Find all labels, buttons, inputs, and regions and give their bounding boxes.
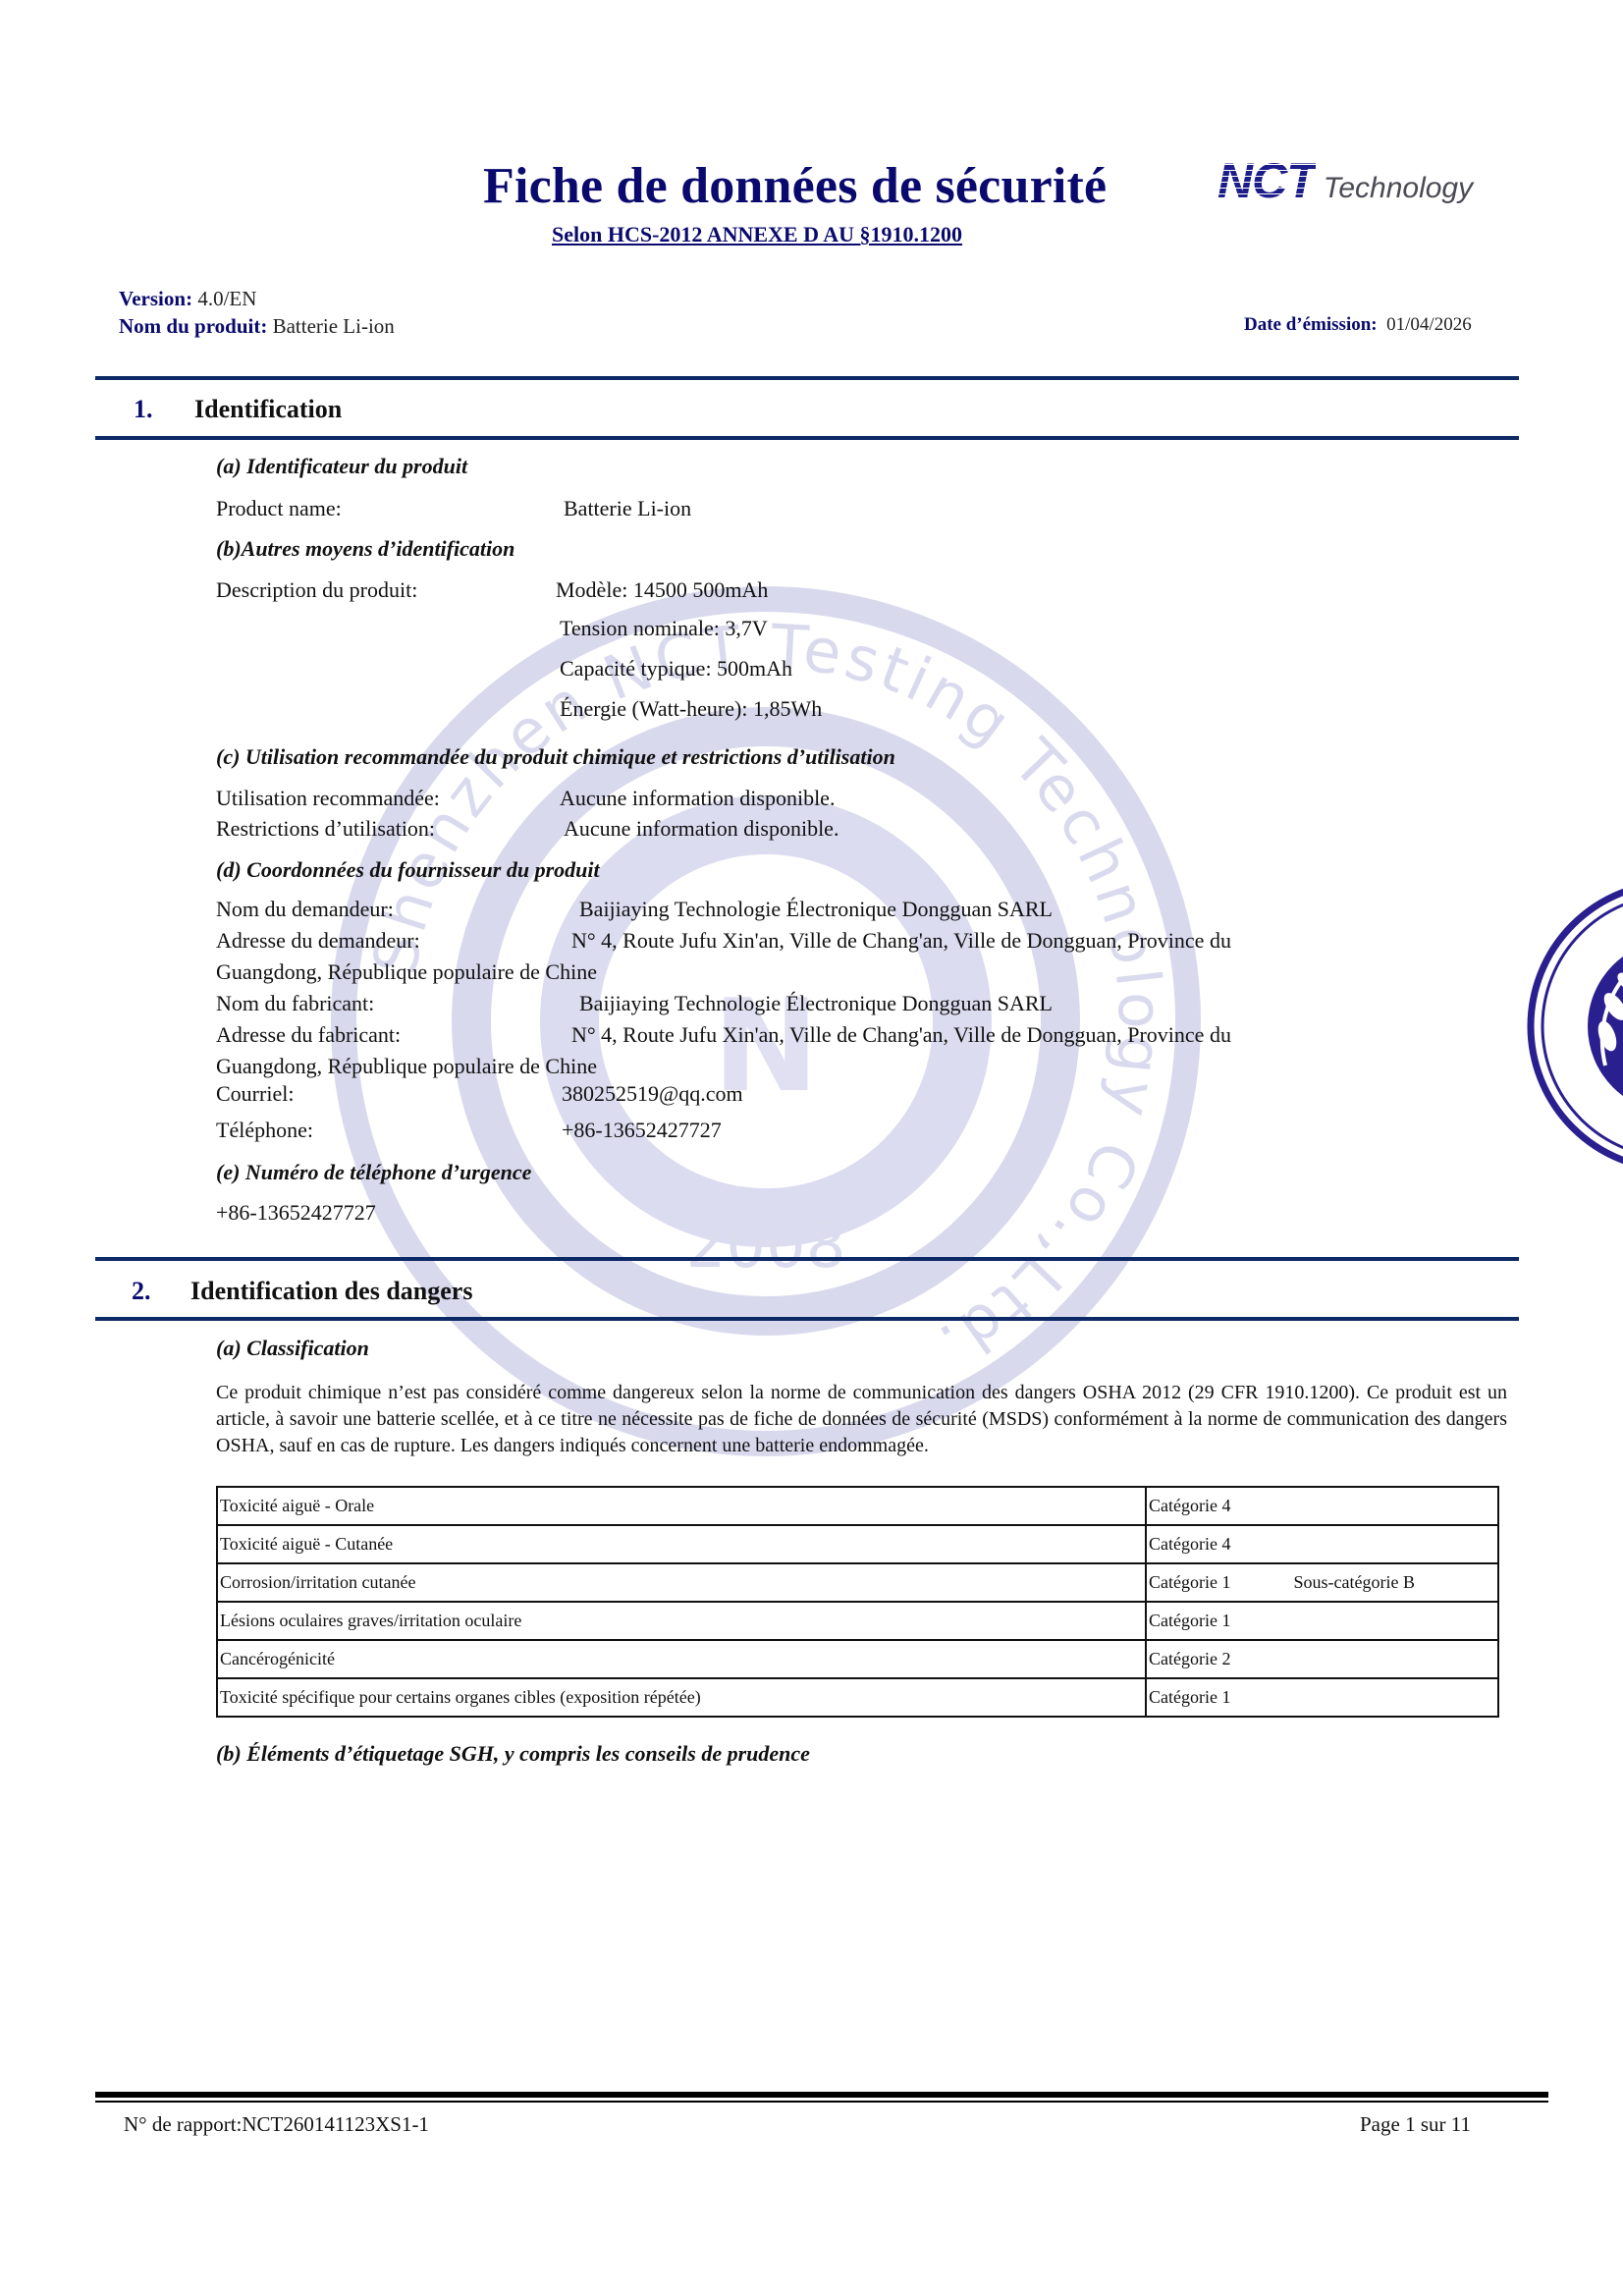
category-value: Catégorie 4 <box>1149 1534 1230 1554</box>
classification-paragraph: Ce produit chimique n’est pas considéré … <box>216 1380 1507 1459</box>
subsection-1e-heading: (e) Numéro de téléphone d’urgence <box>216 1160 531 1185</box>
table-row: Toxicité aiguë - OraleCatégorie 4 <box>217 1487 1498 1525</box>
classification-table: Toxicité aiguë - OraleCatégorie 4Toxicit… <box>216 1486 1499 1718</box>
hazard-category-cell: Catégorie 4 <box>1146 1525 1498 1563</box>
applicant-address-label: Adresse du demandeur: <box>216 928 420 954</box>
table-row: Toxicité aiguë - CutanéeCatégorie 4 <box>217 1525 1498 1563</box>
section-rule <box>95 1257 1519 1261</box>
product-name-label: Product name: <box>216 496 342 521</box>
email-value[interactable]: 380252519@qq.com <box>562 1081 743 1107</box>
logo-suffix: Technology <box>1324 172 1473 204</box>
recommended-use-label: Utilisation recommandée: <box>216 786 440 811</box>
section-rule <box>95 376 1519 380</box>
category-value: Catégorie 2 <box>1149 1649 1230 1668</box>
applicant-address-line2: Guangdong, République populaire de Chine <box>216 959 597 985</box>
applicant-name-label: Nom du demandeur: <box>216 897 394 922</box>
category-value: Catégorie 1 <box>1149 1687 1230 1707</box>
subsection-1a-heading: (a) Identificateur du produit <box>216 454 467 479</box>
subsection-2b-heading: (b) Éléments d’étiquetage SGH, y compris… <box>216 1741 810 1767</box>
footer-rule <box>95 2101 1548 2103</box>
footer-rule <box>95 2092 1548 2098</box>
hazard-category-cell: Catégorie 2 <box>1146 1640 1498 1678</box>
hazard-category-cell: Catégorie 1 <box>1146 1602 1498 1640</box>
product-value: Batterie Li-ion <box>273 314 395 338</box>
phone-label: Téléphone: <box>216 1118 313 1143</box>
hazard-category-cell: Catégorie 1 <box>1146 1678 1498 1717</box>
restrictions-value: Aucune information disponible. <box>564 816 839 842</box>
page-indicator: Page 1 sur 11 <box>1360 2112 1471 2137</box>
section-2-number: 2. <box>132 1277 151 1306</box>
table-row: Toxicité spécifique pour certains organe… <box>217 1678 1498 1717</box>
issue-date-label: Date d’émission: <box>1244 314 1378 335</box>
section-1-title: Identification <box>194 395 342 424</box>
subcategory-value: Sous-catégorie B <box>1293 1572 1414 1592</box>
manufacturer-address-line2: Guangdong, République populaire de Chine <box>216 1054 597 1079</box>
energy-line: Énergie (Watt-heure): 1,85Wh <box>560 696 822 722</box>
product-line: Nom du produit: Batterie Li-ion <box>119 314 395 339</box>
applicant-name-value: Baijiaying Technologie Électronique Dong… <box>579 897 1053 922</box>
recommended-use-value: Aucune information disponible. <box>560 786 835 811</box>
hazard-class-cell: Toxicité aiguë - Cutanée <box>217 1525 1146 1563</box>
report-number-value: NCT260141123XS1-1 <box>242 2112 429 2136</box>
product-label: Nom du produit: <box>119 314 267 338</box>
manufacturer-name-label: Nom du fabricant: <box>216 991 374 1016</box>
subsection-2a-heading: (a) Classification <box>216 1336 369 1361</box>
document-subtitle: Selon HCS-2012 ANNEXE D AU §1910.1200 <box>552 222 962 247</box>
report-number-label: N° de rapport: <box>124 2112 242 2136</box>
manufacturer-name-value: Baijiaying Technologie Électronique Dong… <box>579 991 1053 1016</box>
restrictions-label: Restrictions d’utilisation: <box>216 816 435 842</box>
section-1-number: 1. <box>134 395 153 424</box>
category-value: Catégorie 1 <box>1149 1572 1230 1592</box>
version-value: 4.0/EN <box>197 287 256 310</box>
subsection-1d-heading: (d) Coordonnées du fournisseur du produi… <box>216 857 600 883</box>
hazard-category-cell: Catégorie 1Sous-catégorie B <box>1146 1563 1498 1602</box>
issue-date-value: 01/04/2026 <box>1386 314 1472 335</box>
hazard-class-cell: Toxicité aiguë - Orale <box>217 1487 1146 1525</box>
email-label: Courriel: <box>216 1081 294 1107</box>
product-name-value: Batterie Li-ion <box>564 496 691 521</box>
document-page: Fiche de données de sécurité Selon HCS-2… <box>0 0 1623 2296</box>
category-value: Catégorie 1 <box>1149 1611 1230 1630</box>
table-row: Corrosion/irritation cutanéeCatégorie 1S… <box>217 1563 1498 1602</box>
hazard-class-cell: Cancérogénicité <box>217 1640 1146 1678</box>
capacity-line: Capacité typique: 500mAh <box>560 656 792 682</box>
version-line: Version: 4.0/EN <box>119 287 256 311</box>
hazard-class-cell: Corrosion/irritation cutanée <box>217 1563 1146 1602</box>
version-label: Version: <box>119 287 192 310</box>
logo-brand: NCT <box>1217 153 1316 208</box>
issue-date-line: Date d’émission: 01/04/2026 <box>1244 314 1472 336</box>
section-rule <box>95 436 1519 440</box>
section-rule <box>95 1317 1519 1321</box>
category-value: Catégorie 4 <box>1149 1496 1230 1515</box>
subsection-1b-heading: (b)Autres moyens d’identification <box>216 536 514 562</box>
manufacturer-address-label: Adresse du fabricant: <box>216 1022 401 1048</box>
phone-value: +86-13652427727 <box>562 1118 722 1143</box>
hazard-class-cell: Toxicité spécifique pour certains organe… <box>217 1678 1146 1717</box>
description-label: Description du produit: <box>216 577 417 603</box>
manufacturer-address-line1: N° 4, Route Jufu Xin'an, Ville de Chang'… <box>571 1022 1231 1048</box>
emergency-phone-value: +86-13652427727 <box>216 1200 376 1226</box>
report-number: N° de rapport:NCT260141123XS1-1 <box>124 2112 429 2137</box>
model-line: Modèle: 14500 500mAh <box>556 577 768 603</box>
subsection-1c-heading: (c) Utilisation recommandée du produit c… <box>216 744 895 770</box>
nct-logo: NCTTechnology <box>1217 152 1473 209</box>
table-row: CancérogénicitéCatégorie 2 <box>217 1640 1498 1678</box>
document-title: Fiche de données de sécurité <box>483 157 1107 215</box>
table-row: Lésions oculaires graves/irritation ocul… <box>217 1602 1498 1640</box>
section-2-title: Identification des dangers <box>190 1277 472 1306</box>
hazard-class-cell: Lésions oculaires graves/irritation ocul… <box>217 1602 1146 1640</box>
hazard-category-cell: Catégorie 4 <box>1146 1487 1498 1525</box>
applicant-address-line1: N° 4, Route Jufu Xin'an, Ville de Chang'… <box>571 928 1231 954</box>
voltage-line: Tension nominale: 3,7V <box>560 616 768 641</box>
